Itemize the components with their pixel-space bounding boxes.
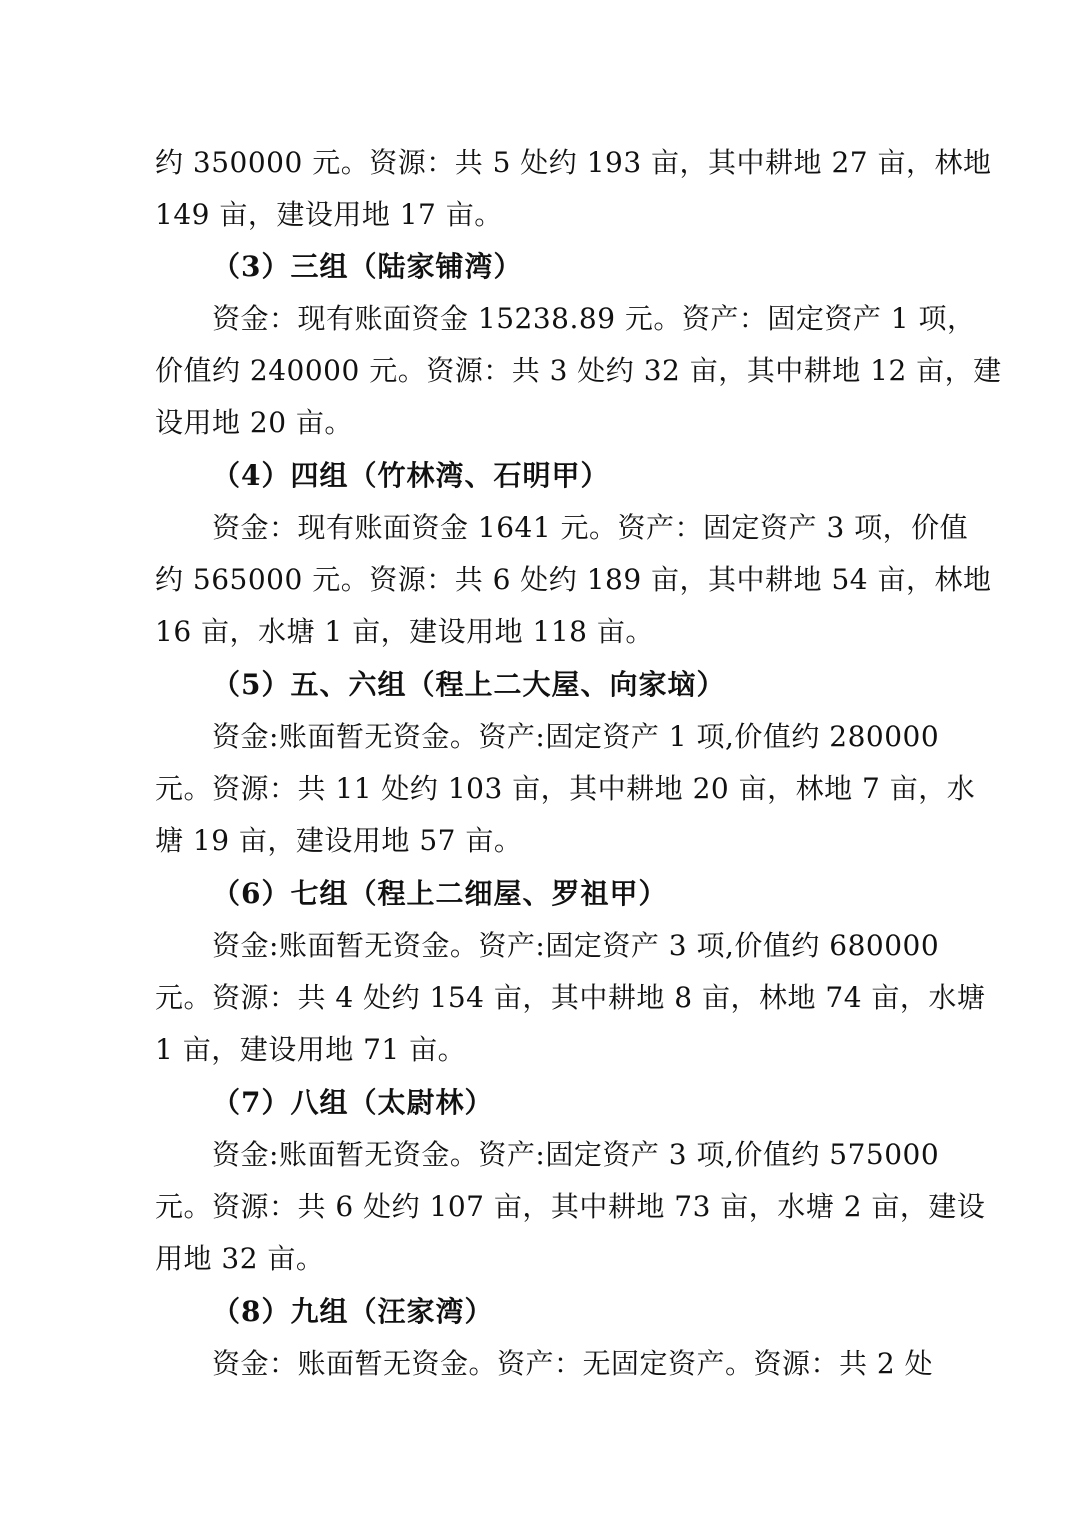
body-line: 价值约 240000 元。资源：共 3 处约 32 亩，其中耕地 12 亩，建 [155,351,933,391]
section-heading-group-9: （8）九组（汪家湾） [212,1292,493,1332]
body-line: 资金:账面暂无资金。资产:固定资产 3 项,价值约 680000 [212,926,933,966]
body-line: 约 565000 元。资源：共 6 处约 189 亩，其中耕地 54 亩，林地 [155,560,933,600]
body-line: 资金：现有账面资金 15238.89 元。资产：固定资产 1 项， [212,299,933,339]
body-line: 资金:账面暂无资金。资产:固定资产 1 项,价值约 280000 [212,717,933,757]
body-line: 元。资源：共 4 处约 154 亩，其中耕地 8 亩，林地 74 亩，水塘 [155,978,933,1018]
body-line: 用地 32 亩。 [155,1239,933,1279]
body-line: 1 亩，建设用地 71 亩。 [155,1030,933,1070]
body-line: 资金：现有账面资金 1641 元。资产：固定资产 3 项，价值 [212,508,933,548]
body-line: 16 亩，水塘 1 亩，建设用地 118 亩。 [155,612,933,652]
section-heading-group-8: （7）八组（太尉林） [212,1083,493,1123]
section-heading-group-4: （4）四组（竹林湾、石明甲） [212,456,609,496]
section-heading-group-7: （6）七组（程上二细屋、罗祖甲） [212,874,667,914]
body-line: 149 亩，建设用地 17 亩。 [155,195,933,235]
body-line: 资金:账面暂无资金。资产:固定资产 3 项,价值约 575000 [212,1135,933,1175]
body-line: 元。资源：共 6 处约 107 亩，其中耕地 73 亩，水塘 2 亩，建设 [155,1187,933,1227]
document-page: 约 350000 元。资源：共 5 处约 193 亩，其中耕地 27 亩，林地 … [0,0,1074,1520]
body-line: 约 350000 元。资源：共 5 处约 193 亩，其中耕地 27 亩，林地 [155,143,933,183]
section-heading-group-5-6: （5）五、六组（程上二大屋、向家垴） [212,665,726,705]
body-line: 设用地 20 亩。 [155,403,933,443]
body-line: 资金：账面暂无资金。资产：无固定资产。资源：共 2 处 [212,1344,933,1384]
section-heading-group-3: （3）三组（陆家铺湾） [212,247,522,287]
body-line: 元。资源：共 11 处约 103 亩，其中耕地 20 亩，林地 7 亩，水 [155,769,933,809]
body-line: 塘 19 亩，建设用地 57 亩。 [155,821,933,861]
